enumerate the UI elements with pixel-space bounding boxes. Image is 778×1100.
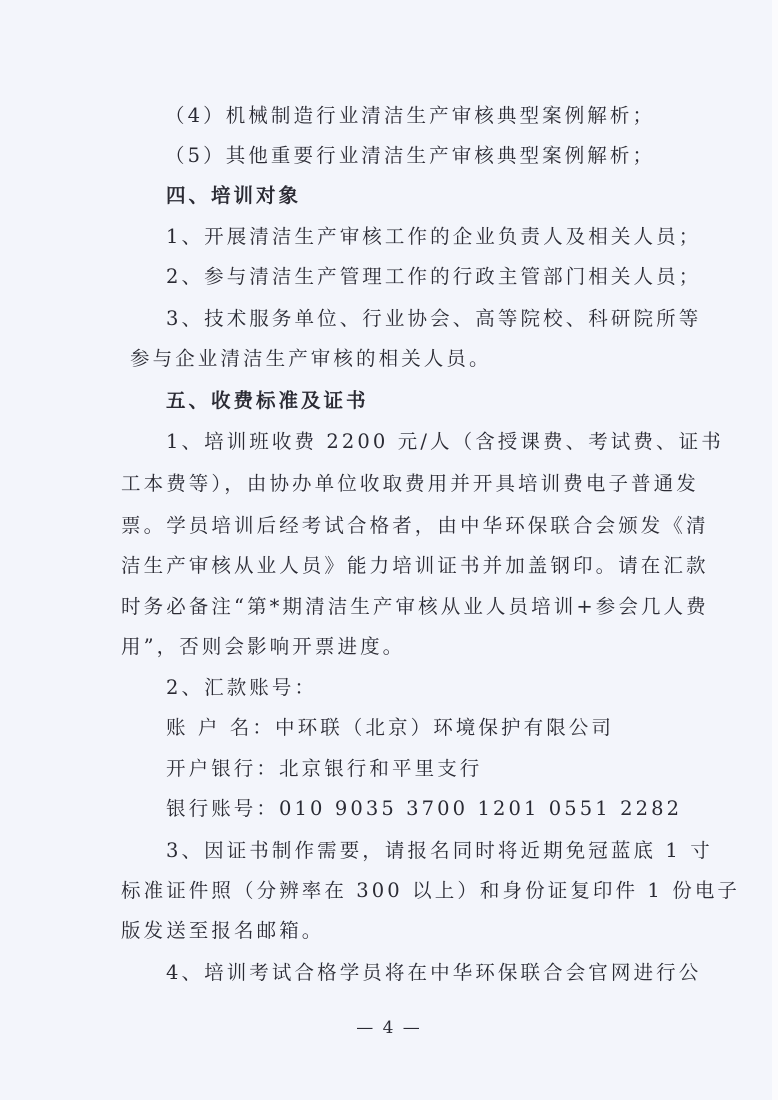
text-line: 工本费等），由协办单位收取费用并开具培训费电子普通发 — [121, 472, 699, 496]
text-line: 银行账号：010 9035 3700 1201 0551 2282 — [166, 797, 682, 821]
text-line: 版发送至报名邮箱。 — [121, 919, 324, 943]
text-line: 标准证件照（分辨率在 300 以上）和身份证复印件 1 份电子 — [121, 879, 740, 903]
text-line: 1、开展清洁生产审核工作的企业负责人及相关人员； — [166, 225, 701, 249]
text-line: 参与企业清洁生产审核的相关人员。 — [130, 347, 492, 371]
text-line: 3、技术服务单位、行业协会、高等院校、科研院所等 — [166, 307, 701, 331]
page-number: — 4 — — [0, 1018, 778, 1038]
text-line: 洁生产审核从业人员》能力培训证书并加盖钢印。请在汇款 — [121, 554, 709, 578]
text-line: 时务必备注“第*期清洁生产审核从业人员培训+参会几人费 — [121, 595, 709, 619]
text-line: （5）其他重要行业清洁生产审核典型案例解析； — [165, 144, 655, 168]
text-line: 账 户 名：中环联（北京）环境保护有限公司 — [166, 716, 614, 740]
text-line: 开户银行：北京银行和平里支行 — [166, 757, 482, 781]
text-line: 2、汇款账号： — [166, 676, 317, 700]
page-edge — [772, 0, 778, 1100]
text-line: （4）机械制造行业清洁生产审核典型案例解析； — [165, 104, 655, 128]
text-line: 1、培训班收费 2200 元/人（含授课费、考试费、证书 — [166, 430, 724, 454]
text-line: 2、参与清洁生产管理工作的行政主管部门相关人员； — [166, 265, 701, 289]
text-line: 4、培训考试合格学员将在中华环保联合会官网进行公 — [166, 961, 701, 985]
section-heading: 五、收费标准及证书 — [166, 389, 369, 413]
text-line: 用”，否则会影响开票进度。 — [121, 635, 405, 659]
section-heading: 四、培训对象 — [166, 184, 301, 208]
text-line: 票。学员培训后经考试合格者，由中华环保联合会颁发《清 — [121, 514, 709, 538]
text-line: 3、因证书制作需要，请报名同时将近期免冠蓝底 1 寸 — [166, 839, 713, 863]
